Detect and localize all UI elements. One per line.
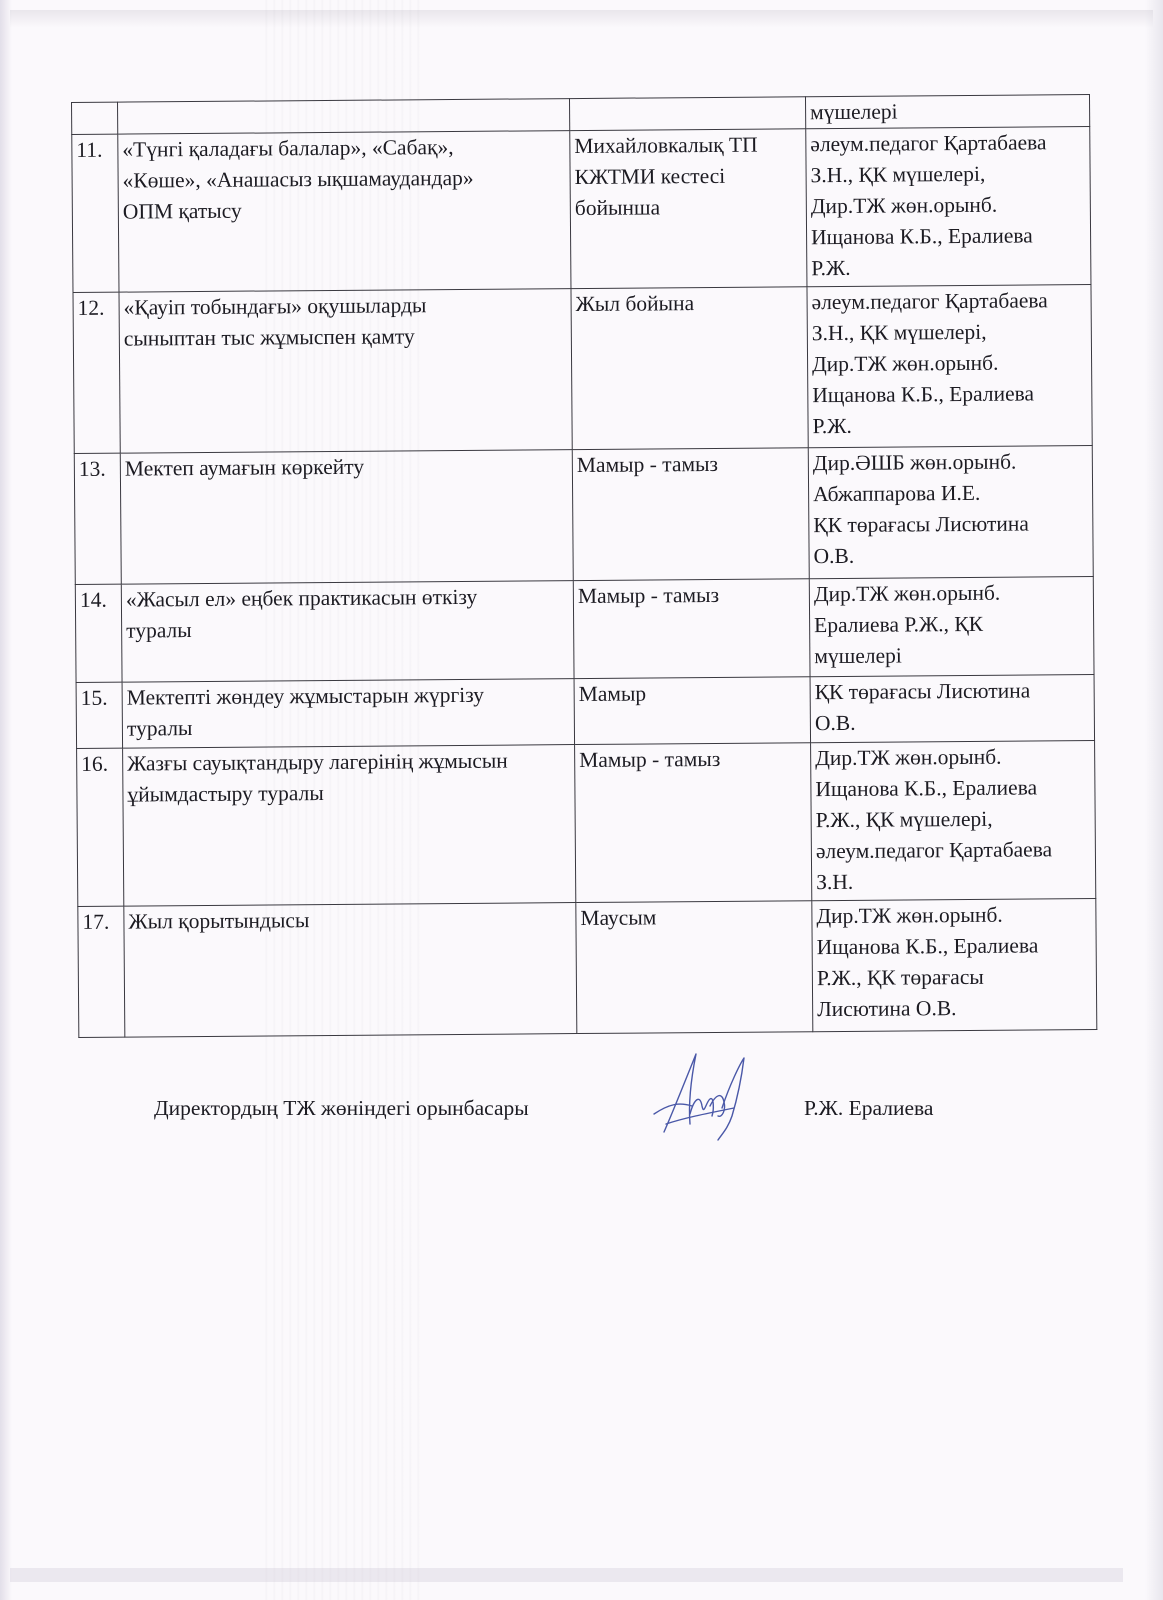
signatory-name: Р.Ж. Ералиева: [804, 1096, 933, 1121]
row-responsible: мүшелері: [805, 95, 1089, 129]
row-number: [72, 102, 118, 134]
row-number: 16.: [77, 748, 124, 906]
row-responsible: Дир.ТЖ жөн.орынб. Ищанова К.Б., Ералиева…: [811, 740, 1096, 900]
row-date: Михайловкалық ТП КЖТМИ кестесі бойынша: [570, 129, 807, 289]
table-row: 13. Мектеп аумағын көркейту Мамыр - тамы…: [74, 445, 1093, 584]
scan-artifact-bottom: [10, 1568, 1123, 1582]
row-date: [569, 97, 805, 131]
row-responsible: әлеум.педагог Қартабаева З.Н., ҚК мүшеле…: [807, 284, 1092, 447]
row-activity: «Түнгі қаладағы балалар», «Сабақ», «Көше…: [118, 131, 571, 293]
row-number: 12.: [73, 292, 120, 453]
row-activity: Мектеп аумағын көркейту: [120, 450, 573, 585]
table-row: 17. Жыл қорытындысы Маусым Дир.ТЖ жөн.ор…: [78, 898, 1097, 1037]
row-responsible: ҚК төрағасы Лисютина О.В.: [810, 674, 1095, 742]
row-number: 14.: [75, 584, 122, 682]
signature-block: Директордың ТЖ жөніндегі орынбасары Р.Ж.…: [154, 1090, 1004, 1160]
row-responsible: Дир.ТЖ жөн.орынб. Ищанова К.Б., Ералиева…: [812, 898, 1097, 1031]
row-activity: «Жасыл ел» еңбек практикасын өткізу тура…: [121, 581, 574, 683]
scan-edge-left: [0, 0, 12, 1600]
row-activity: [118, 99, 570, 135]
row-activity: «Қауіп тобындағы» оқушыларды сыныптан ты…: [119, 289, 572, 454]
row-number: 13.: [74, 453, 121, 584]
row-responsible: Дир.ТЖ жөн.орынб. Ералиева Р.Ж., ҚК мүше…: [809, 576, 1094, 676]
row-number: 15.: [76, 682, 123, 748]
row-date: Мамыр - тамыз: [572, 448, 809, 581]
table-row: 16. Жазғы сауықтандыру лагерінің жұмысын…: [77, 740, 1096, 906]
row-activity: Жазғы сауықтандыру лагерінің жұмысын ұйы…: [123, 745, 576, 907]
row-activity: Жыл қорытындысы: [124, 903, 577, 1038]
handwritten-signature-icon: [644, 1044, 764, 1144]
scan-artifact-top: [10, 10, 1153, 28]
row-number: 11.: [72, 134, 119, 292]
row-number: 17.: [78, 906, 125, 1037]
table-row: 11. «Түнгі қаладағы балалар», «Сабақ», «…: [72, 126, 1091, 292]
signatory-title: Директордың ТЖ жөніндегі орынбасары: [154, 1096, 529, 1121]
activity-plan-table: мүшелері 11. «Түнгі қаладағы балалар», «…: [71, 94, 1097, 1038]
row-date: Мамыр: [574, 677, 811, 745]
row-activity: Мектепті жөндеу жұмыстарын жүргізу турал…: [122, 679, 575, 749]
row-date: Жыл бойына: [571, 287, 808, 450]
row-date: Мамыр - тамыз: [575, 743, 812, 903]
row-date: Мамыр - тамыз: [573, 579, 810, 679]
scan-edge-right: [1145, 0, 1163, 1600]
row-responsible: әлеум.педагог Қартабаева З.Н., ҚК мүшеле…: [806, 126, 1091, 286]
activity-plan-table-wrapper: мүшелері 11. «Түнгі қаладағы балалар», «…: [71, 94, 1096, 1038]
table-row: 14. «Жасыл ел» еңбек практикасын өткізу …: [75, 576, 1094, 682]
row-responsible: Дир.ӘШБ жөн.орынб. Абжаппарова И.Е. ҚК т…: [808, 445, 1093, 578]
table-row: 12. «Қауіп тобындағы» оқушыларды сыныпта…: [73, 284, 1092, 453]
table-row: 15. Мектепті жөндеу жұмыстарын жүргізу т…: [76, 674, 1094, 748]
row-date: Маусым: [576, 901, 813, 1034]
